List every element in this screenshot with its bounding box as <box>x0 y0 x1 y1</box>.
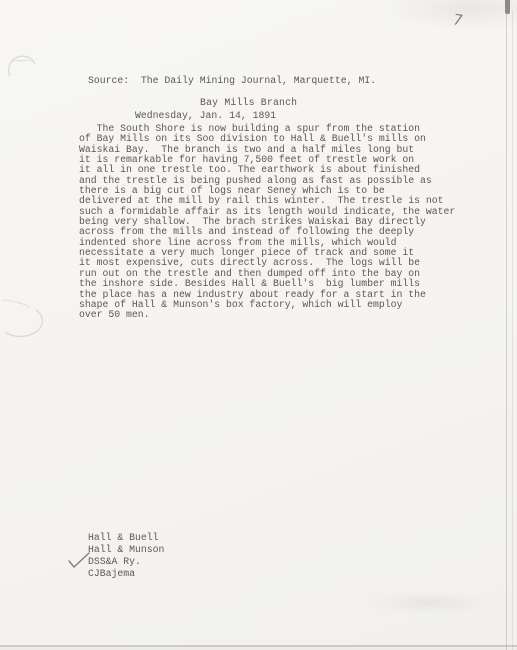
index-terms-list: Hall & Buell Hall & Munson DSS&A Ry. CJB… <box>88 532 164 580</box>
page-right-edge-outer <box>512 10 513 650</box>
article-title: Bay Mills Branch <box>200 97 297 108</box>
handwritten-corner-mark: 7 <box>451 11 465 30</box>
article-body: The South Shore is now building a spur f… <box>79 124 455 321</box>
page-corner-shadow <box>505 0 510 14</box>
checkmark-icon <box>66 551 92 569</box>
source-line-date: Wednesday, Jan. 14, 1891 <box>135 110 376 122</box>
scanned-document-page: Source: The Daily Mining Journal, Marque… <box>0 0 517 650</box>
page-right-edge <box>506 0 508 650</box>
source-line-journal: Source: The Daily Mining Journal, Marque… <box>88 75 376 87</box>
page-bottom-edge <box>0 645 517 647</box>
